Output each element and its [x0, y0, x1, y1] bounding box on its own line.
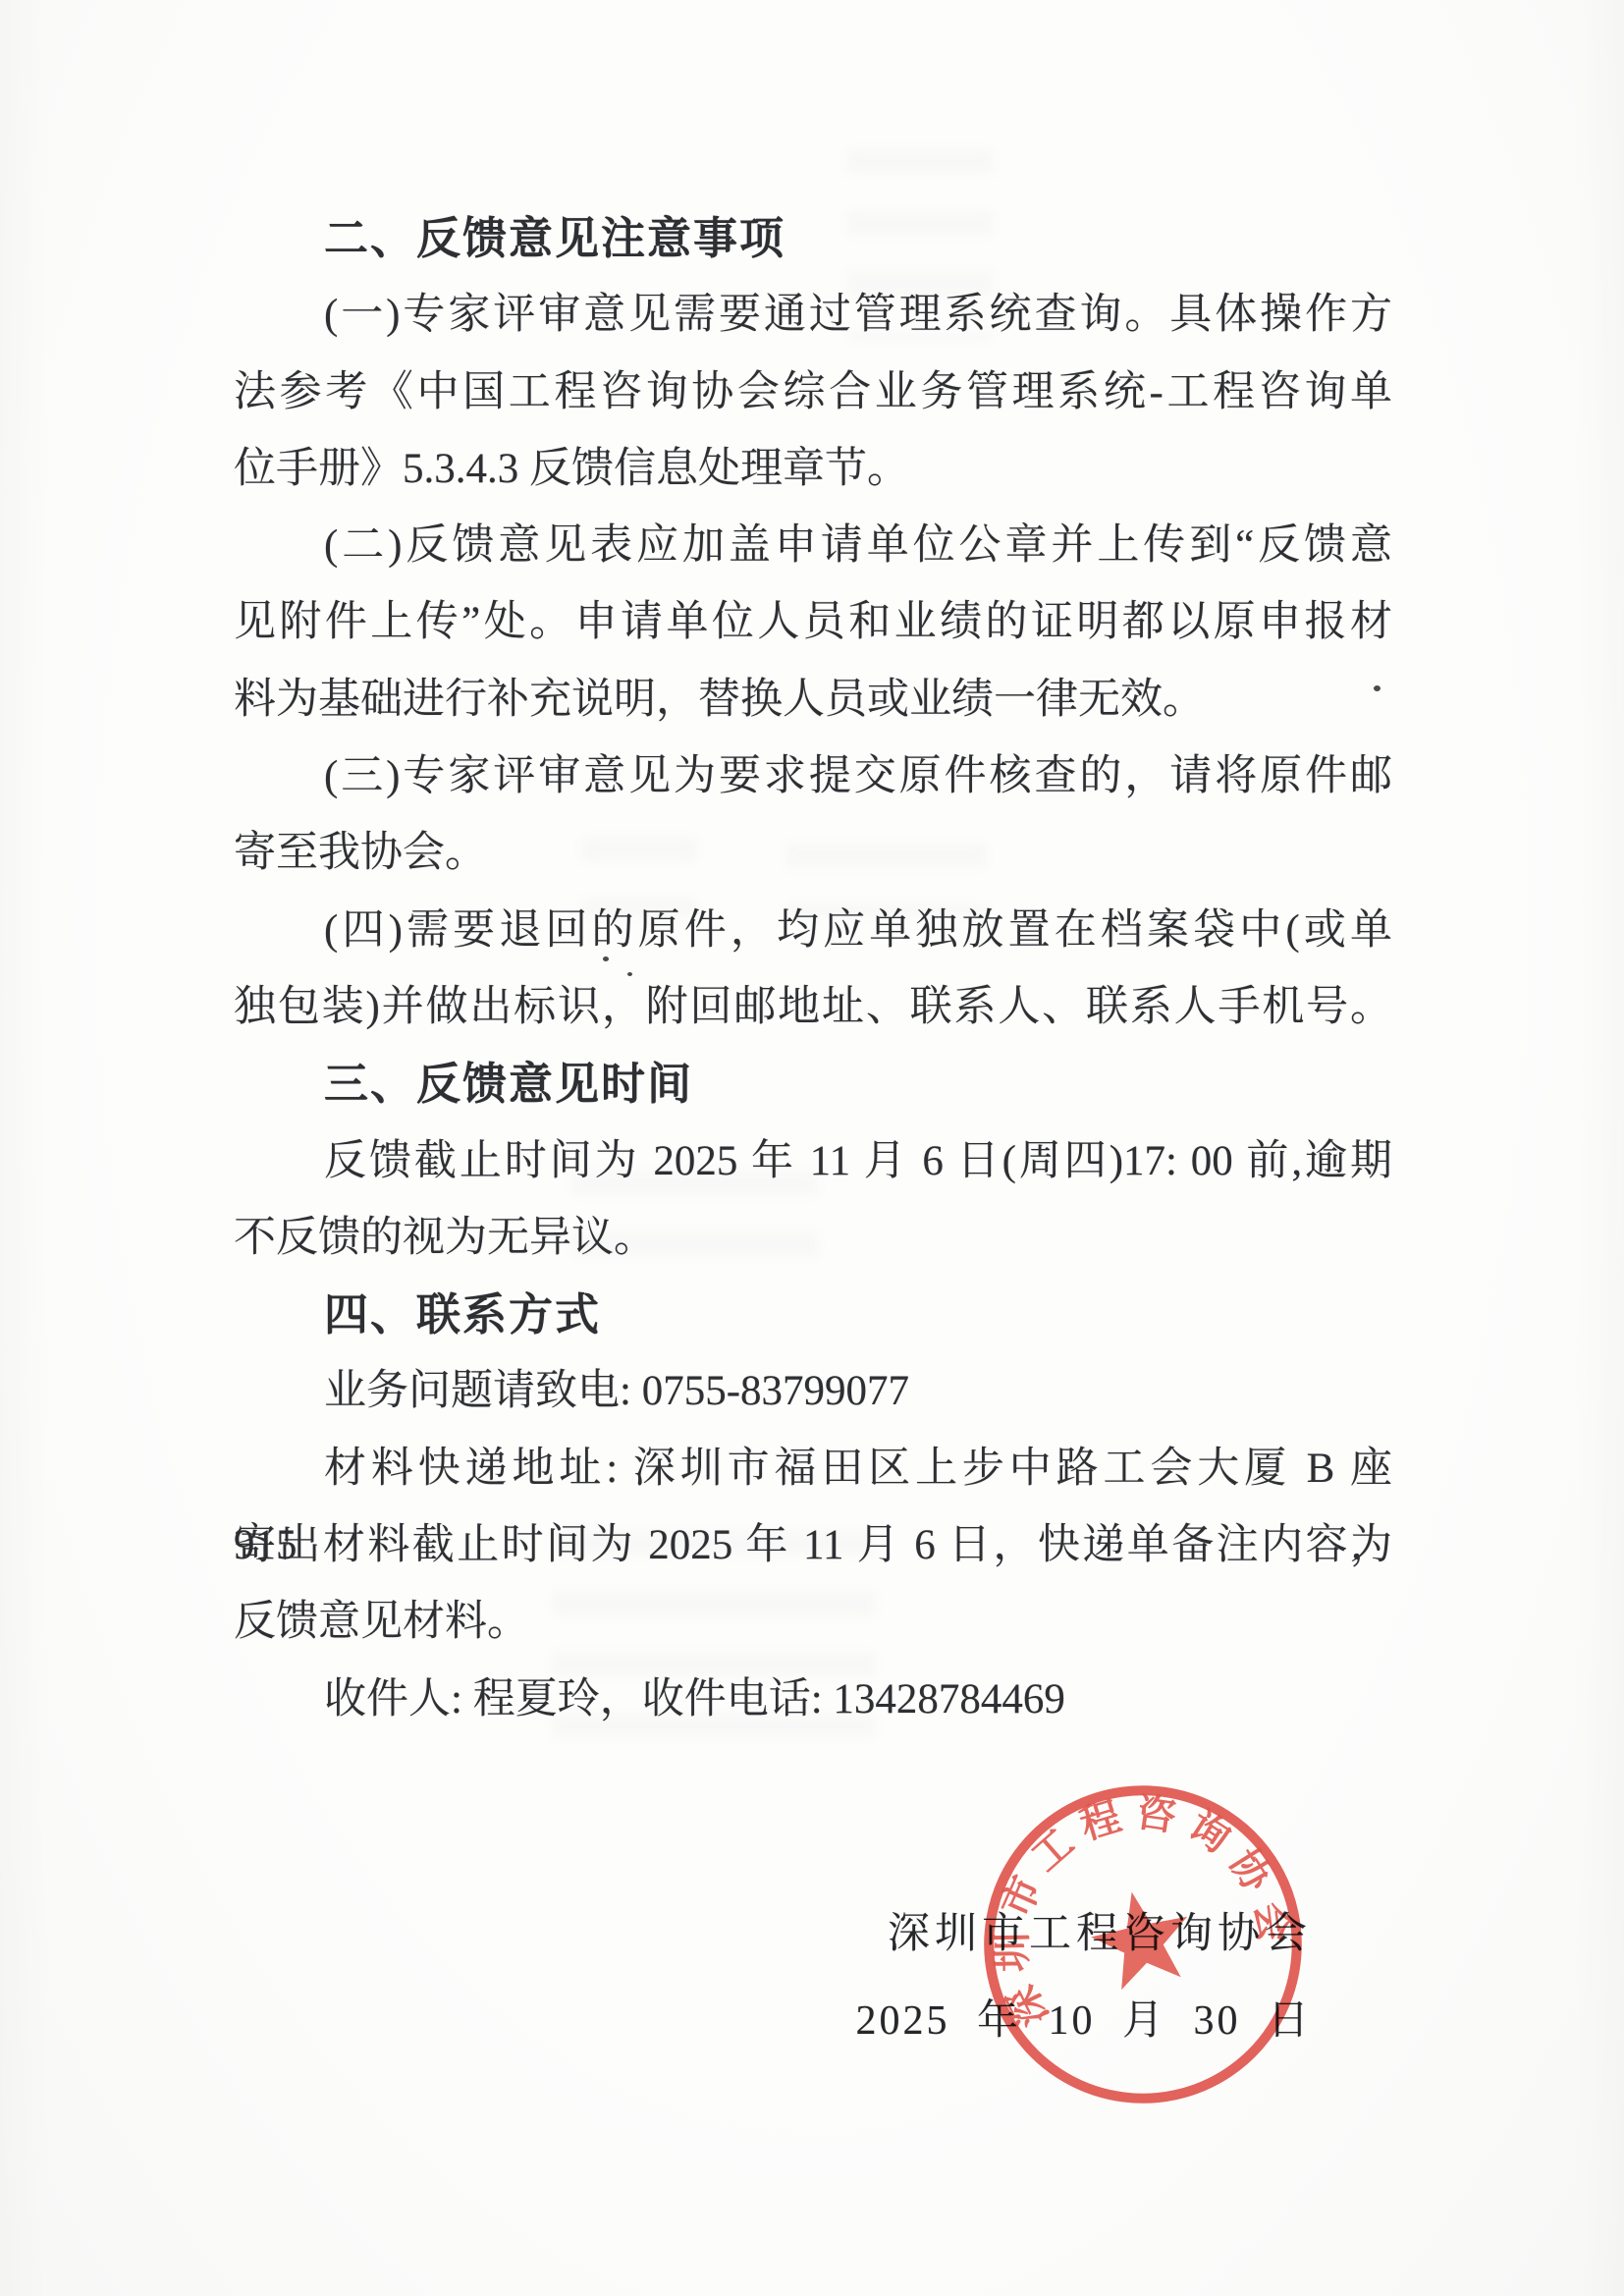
paragraph-line: (一)专家评审意见需要通过管理系统查询。具体操作方	[234, 277, 1392, 354]
paragraph-line: (三)专家评审意见为要求提交原件核查的，请将原件邮	[234, 738, 1392, 815]
section-heading-feedback-time: 三、反馈意见时间	[234, 1046, 1392, 1122]
section-heading-feedback-notes: 二、反馈意见注意事项	[234, 200, 1392, 277]
star-icon	[1084, 1882, 1200, 1994]
paragraph-line: 寄出材料截止时间为 2025 年 11 月 6 日，快递单备注内容为	[234, 1507, 1392, 1584]
paragraph-line: 不反馈的视为无异议。	[234, 1200, 1392, 1277]
paragraph-line: 法参考《中国工程咨询协会综合业务管理系统-工程咨询单	[234, 355, 1392, 431]
phone-line: 业务问题请致电: 0755-83799077	[234, 1353, 1392, 1430]
address-line: 材料快递地址: 深圳市福田区上步中路工会大厦 B 座 915，	[234, 1431, 1392, 1507]
paragraph-line: 料为基础进行补充说明，替换人员或业绩一律无效。	[234, 662, 1392, 738]
paragraph-line: 见附件上传”处。申请单位人员和业绩的证明都以原申报材	[234, 584, 1392, 661]
section-heading-contact: 四、联系方式	[234, 1277, 1392, 1353]
seal-graphic: 深圳市工程咨询协会	[931, 1732, 1355, 2157]
paragraph-line: 反馈意见材料。	[234, 1584, 1392, 1661]
scanned-notice-page: { "colors": { "paper": "#fdfdfc", "ink":…	[0, 0, 1624, 2296]
paragraph-line: (二)反馈意见表应加盖申请单位公章并上传到“反馈意	[234, 508, 1392, 584]
recipient-line: 收件人: 程夏玲，收件电话: 13428784469	[234, 1662, 1392, 1738]
paragraph-line: 位手册》5.3.4.3 反馈信息处理章节。	[234, 431, 1392, 508]
paragraph-line: 独包装)并做出标识，附回邮地址、联系人、联系人手机号。	[234, 969, 1392, 1046]
paragraph-line: 反馈截止时间为 2025 年 11 月 6 日(周四)17: 00 前,逾期	[234, 1123, 1392, 1200]
paragraph-line: 寄至我协会。	[234, 815, 1392, 892]
paragraph-line: (四)需要退回的原件，均应单独放置在档案袋中(或单	[234, 893, 1392, 969]
official-seal-stamp: 深圳市工程咨询协会	[931, 1732, 1355, 2157]
document-body: 二、反馈意见注意事项 (一)专家评审意见需要通过管理系统查询。具体操作方 法参考…	[234, 200, 1392, 1738]
